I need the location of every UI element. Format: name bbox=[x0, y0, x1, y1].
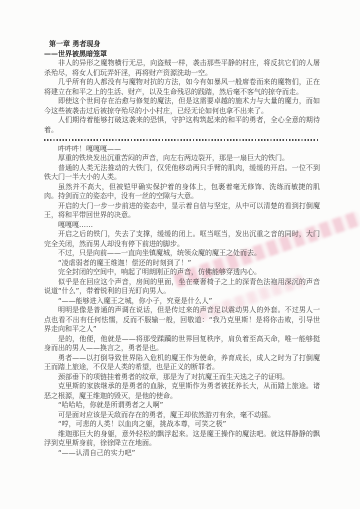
scene-divider bbox=[44, 139, 320, 141]
paragraph: 可是面对应该是天敌而存在的勇者，魔王却依然游刃有余，毫不动摇。 bbox=[44, 411, 320, 421]
paragraph: 开启的大门一步一步前进的姿态中，显示着自信与坚定，从中可以清楚的看到打倒魔王，将… bbox=[44, 202, 320, 221]
paragraph: 非人的异形之魔物横行无忌，向盗贼一样，袭击那些平静的村庄，将反抗它们的人屠杀殆尽… bbox=[44, 59, 320, 78]
paragraph: 明明是像是普通的声调在说话，但是传过来的声音足以震动男人的外套。不过男人一点也看… bbox=[44, 306, 320, 335]
sfx-line: 嘎嘎嘎…… bbox=[44, 221, 320, 231]
paragraph: 普通的人类无法推动的大铁门，仅凭他移动两只手臂的肌肉，缓缓的开启。一位不到铁大门… bbox=[44, 164, 320, 183]
dialogue-line: “——能够进入魔王之城，你小子，究竟是什么人” bbox=[44, 297, 320, 307]
chapter-title: 第一章 勇者现身 bbox=[44, 40, 320, 50]
paragraph: 是的，他便，他就是——将那受蹂躏的世界回复秩序，肩负着至高天命，唯一能够挺身而出… bbox=[44, 335, 320, 354]
chapter-subtitle: ——世界被黑暗笼罩 bbox=[44, 50, 320, 60]
dialogue-line: “——认清自己的实力吧” bbox=[44, 449, 320, 459]
paragraph: 维迦那巨大的身躯，意外轻松的飘浮起来。这是魔王操作的魔法吧。就这样静静的飘浮到克… bbox=[44, 430, 320, 449]
paragraph: 勇者——以打倒导致世界陷入危机的魔王作为使命，养育成长，成人之时为了打倒魔王而踏… bbox=[44, 354, 320, 373]
dialogue-line: “凌虐弱者的魔王维迦！偿还的时刻到了！” bbox=[44, 259, 320, 269]
dialogue-line: “哼，可悲的人类！以血肉之躯，挑战本尊，可笑之极” bbox=[44, 420, 320, 430]
page-text: 第一章 勇者现身 ——世界被黑暗笼罩 非人的异形之魔物横行无忌，向盗贼一样，袭击… bbox=[44, 40, 320, 458]
paragraph: 克里斯的家族继承的是勇者的血脉，克里斯作为勇者被抚养长大，从而踏上旅途。诸恶之根… bbox=[44, 382, 320, 401]
paragraph: 即使这个世间存在治愈与修复的魔法，但是这需要卓越的施术力与大量的魔力，而如今这些… bbox=[44, 97, 320, 116]
paragraph: 几乎所有的人都没有与魔物对抗的方法，如今有如暴风一般席卷而来的魔物们，正在将建立… bbox=[44, 78, 320, 97]
sfx-line: 吽吽吽！嘎嘎嘎—— bbox=[44, 145, 320, 155]
paragraph: 厚重的铁块发出沉重苦闷的声音，向左右两边裂开，那是一扇巨大的铁门。 bbox=[44, 154, 320, 164]
paragraph: 不过，只是向前——一直向坐镇魔城，统领众魔的魔王之处而去。 bbox=[44, 249, 320, 259]
novel-page: 第一章 勇者现身 ——世界被黑暗笼罩 非人的异形之魔物横行无忌，向盗贼一样，袭击… bbox=[0, 0, 360, 509]
paragraph: 完全封闭的空间中，响起了明朗刚正的声音，仿佛能够穿透内心。 bbox=[44, 268, 320, 278]
dialogue-line: “哈哈哈，你就是所谓勇者之人啊” bbox=[44, 401, 320, 411]
paragraph: 开启之后的铁门，失去了支撑，缓缓的闭上。哐当哐当，发出沉重之音的同时，大门完全关… bbox=[44, 230, 320, 249]
paragraph: 虽然并不高大，但被铠甲确实保护着的身体上，包裹着毫无修饰、洗练而敏捷的肌肉。持剑… bbox=[44, 183, 320, 202]
paragraph: 颈部垂下的项链挂着勇者的纹章，那是为了对抗魔王而生天选之子的证明。 bbox=[44, 373, 320, 383]
paragraph: 似乎是在回应这个声音，房间的里面，坐在豪奢椅子之上的深青色法袍用深沉的声音说道“… bbox=[44, 278, 320, 297]
paragraph: 人们期待着能够打破这袭来的恐惧，守护这构筑起来的和平的勇者，全心全意的期待着。 bbox=[44, 116, 320, 135]
